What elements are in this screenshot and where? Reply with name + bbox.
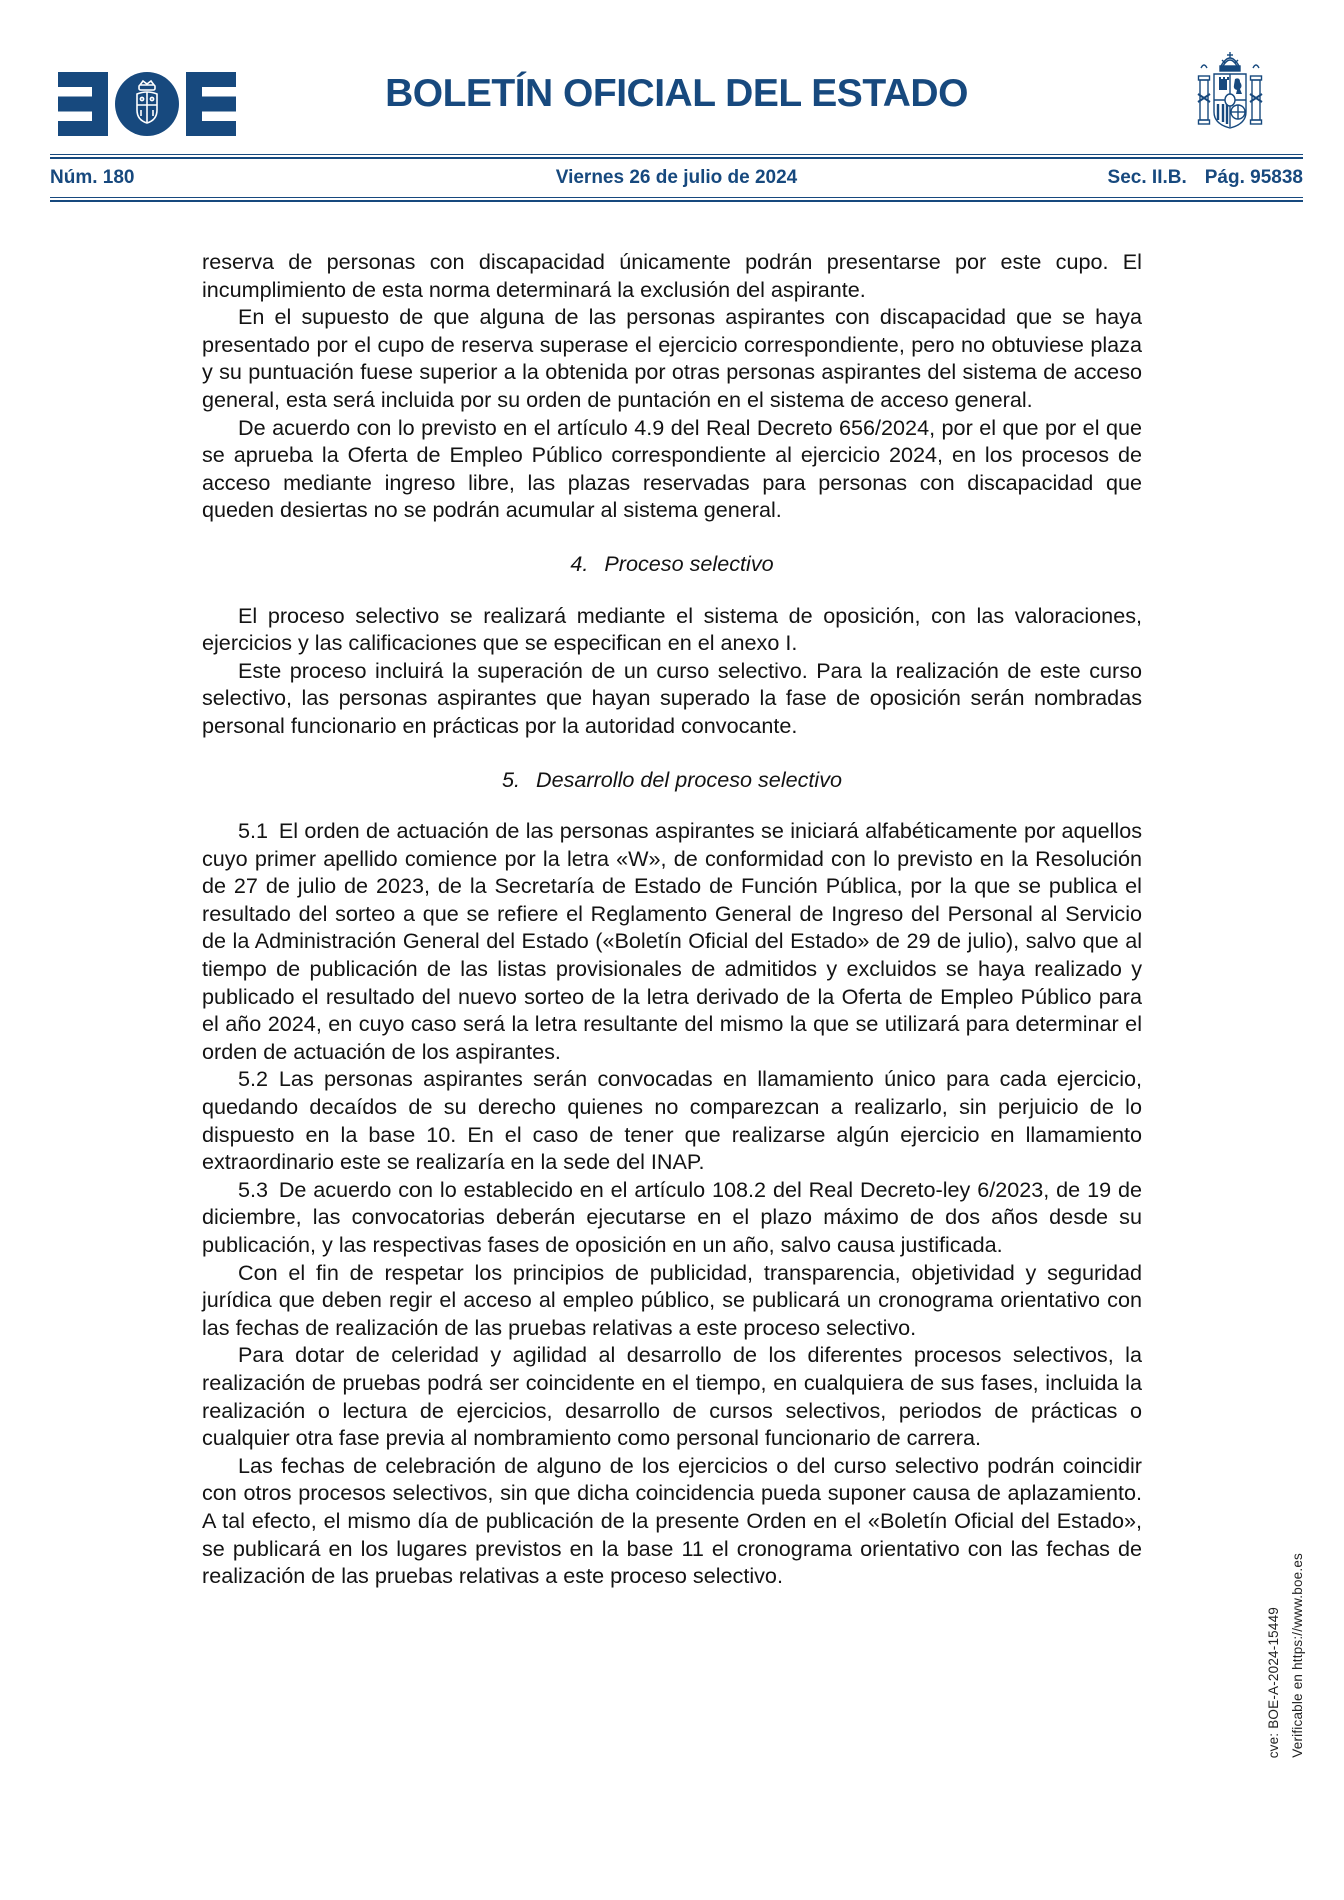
section-number: 5. bbox=[502, 767, 520, 792]
page-title: BOLETÍN OFICIAL DEL ESTADO bbox=[50, 72, 1303, 116]
body-paragraph: De acuerdo con lo previsto en el artícul… bbox=[202, 414, 1142, 524]
section-title: Proceso selectivo bbox=[604, 551, 773, 576]
body-paragraph: Las fechas de celebración de alguno de l… bbox=[202, 1452, 1142, 1590]
page-header: BOLETÍN OFICIAL DEL ESTADO bbox=[50, 0, 1303, 200]
section-heading: 4.Proceso selectivo bbox=[202, 550, 1142, 578]
body-paragraph: Con el fin de respetar los principios de… bbox=[202, 1259, 1142, 1342]
section-number: 4. bbox=[570, 551, 588, 576]
section-title: Desarrollo del proceso selectivo bbox=[536, 767, 842, 792]
cve-code-vertical-text: cve: BOE-A-2024-15449 bbox=[1266, 1607, 1281, 1758]
issue-number: Núm. 180 bbox=[50, 167, 556, 189]
boe-document-page: BOLETÍN OFICIAL DEL ESTADO bbox=[0, 0, 1344, 1900]
section-heading: 5.Desarrollo del proceso selectivo bbox=[202, 766, 1142, 794]
body-paragraph: 5.1 El orden de actuación de las persona… bbox=[202, 817, 1142, 1065]
body-paragraph: 5.2 Las personas aspirantes serán convoc… bbox=[202, 1065, 1142, 1175]
body-paragraph: 5.3 De acuerdo con lo establecido en el … bbox=[202, 1176, 1142, 1259]
body-paragraph: Este proceso incluirá la superación de u… bbox=[202, 657, 1142, 740]
header-rule-bottom bbox=[50, 197, 1303, 202]
section-label: Sec. II.B. bbox=[1108, 167, 1187, 188]
issue-date: Viernes 26 de julio de 2024 bbox=[556, 167, 798, 189]
verification-url-vertical-text: Verificable en https://www.boe.es bbox=[1290, 1553, 1305, 1758]
document-body: reserva de personas con discapacidad úni… bbox=[202, 248, 1142, 1590]
page-number: Pág. 95838 bbox=[1205, 167, 1303, 188]
body-paragraph: En el supuesto de que alguna de las pers… bbox=[202, 303, 1142, 413]
spain-coat-of-arms-icon bbox=[1197, 50, 1263, 136]
body-paragraph: Para dotar de celeridad y agilidad al de… bbox=[202, 1341, 1142, 1451]
issue-info-bar: Núm. 180 Viernes 26 de julio de 2024 Sec… bbox=[50, 161, 1303, 195]
body-paragraph: reserva de personas con discapacidad úni… bbox=[202, 248, 1142, 303]
header-rule-top bbox=[50, 154, 1303, 159]
section-page: Sec. II.B.Pág. 95838 bbox=[797, 167, 1303, 189]
body-paragraph: El proceso selectivo se realizará median… bbox=[202, 602, 1142, 657]
